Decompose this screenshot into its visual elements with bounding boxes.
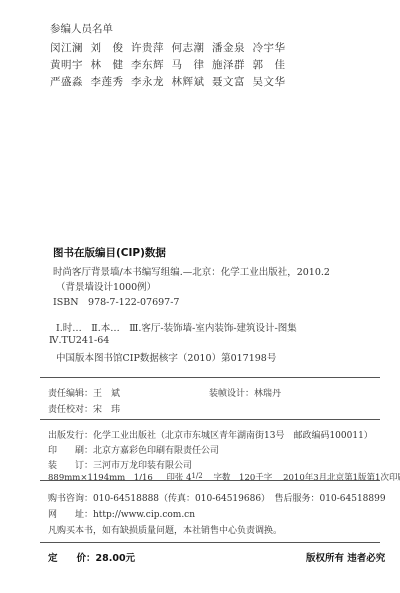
- contributor-name: 刘 俊: [91, 40, 132, 55]
- specs-words: 字数 120千字: [214, 473, 273, 483]
- contributor-name: 吴文华: [253, 74, 294, 89]
- contributor-name: 严盛淼: [50, 74, 91, 89]
- specs-edition: 2010年3月北京第1版第1次印刷: [283, 473, 400, 483]
- cip-isbn: ISBN 978-7-122-07697-7: [53, 294, 179, 308]
- contributor-name: 黄明宇: [50, 57, 91, 72]
- cip-number: 中国版本图书馆CIP数据核字（2010）第017198号: [56, 350, 276, 364]
- contributor-name: 郭 佳: [253, 57, 294, 72]
- contributor-name: 林 健: [91, 57, 132, 72]
- contributors-title: 参编人员名单: [50, 21, 113, 36]
- specs-line: 889mm×1194mm 1/16 印张 41/2 字数 120千字 2010年…: [48, 471, 400, 483]
- contributor-name: 李永龙: [131, 74, 172, 89]
- divider: [40, 377, 380, 378]
- website-link[interactable]: 网 址：http://www.cip.com.cn: [48, 507, 195, 520]
- contributor-name: 何志潮: [172, 40, 213, 55]
- cip-classification: Ⅰ.时… Ⅱ.本… Ⅲ.客厅-装饰墙-室内装饰-建筑设计-图集: [56, 320, 297, 334]
- proofreader-line: 责任校对：宋 玮: [48, 402, 120, 415]
- contributor-name: 李东辉: [131, 57, 172, 72]
- price: 定 价：28.00元: [48, 550, 135, 564]
- divider: [40, 542, 380, 543]
- contributor-name: 施泽群: [212, 57, 253, 72]
- contributor-name: 聂文富: [212, 74, 253, 89]
- contributor-name: 林辉斌: [172, 74, 213, 89]
- contributor-name: 潘金泉: [212, 40, 253, 55]
- printer-line: 印 刷：北京方嘉彩色印刷有限责任公司: [48, 443, 219, 456]
- contributors-row: 严盛淼 李莲秀 李永龙 林辉斌 聂文富 吴文华: [50, 74, 293, 89]
- cip-title: 图书在版编目(CIP)数据: [53, 245, 166, 260]
- cip-series-line: （背景墙设计1000例）: [56, 279, 156, 293]
- contributors-row: 黄明宇 林 健 李东辉 马 律 施泽群 郭 佳: [50, 57, 293, 72]
- specs-sheets-label: 印张: [166, 473, 183, 483]
- contributor-name: 冷宇华: [253, 40, 294, 55]
- divider: [40, 480, 380, 481]
- specs-format: 889mm×1194mm 1/16: [48, 473, 153, 483]
- purchase-contact: 购书咨询：010-64518888（传真：010-64519686） 售后服务：…: [48, 491, 386, 504]
- designer-line: 装帧设计：林瑞丹: [209, 386, 281, 399]
- publisher-line: 出版发行：化学工业出版社（北京市东城区青年湖南街13号 邮政编码100011）: [48, 428, 373, 441]
- contributors-row: 闵江澜 刘 俊 许贵萍 何志潮 潘金泉 冷宇华: [50, 40, 293, 55]
- contributor-name: 马 律: [172, 57, 213, 72]
- binder-line: 装 订：三河市万龙印装有限公司: [48, 458, 192, 471]
- contributor-name: 许贵萍: [131, 40, 172, 55]
- specs-sheets-fraction: 1/2: [191, 472, 202, 480]
- exchange-notice: 凡购买本书，如有缺损质量问题，本社销售中心负责调换。: [48, 523, 282, 536]
- divider: [40, 419, 380, 420]
- cip-title-line: 时尚客厅背景墙/本书编写组编.—北京：化学工业出版社，2010.2: [53, 264, 330, 278]
- contributor-name: 闵江澜: [50, 40, 91, 55]
- copyright-notice: 版权所有 违者必究: [306, 550, 385, 564]
- contributor-name: 李莲秀: [91, 74, 132, 89]
- cip-tu-code: Ⅳ.TU241-64: [49, 335, 109, 346]
- editor-line: 责任编辑：王 斌: [48, 386, 120, 399]
